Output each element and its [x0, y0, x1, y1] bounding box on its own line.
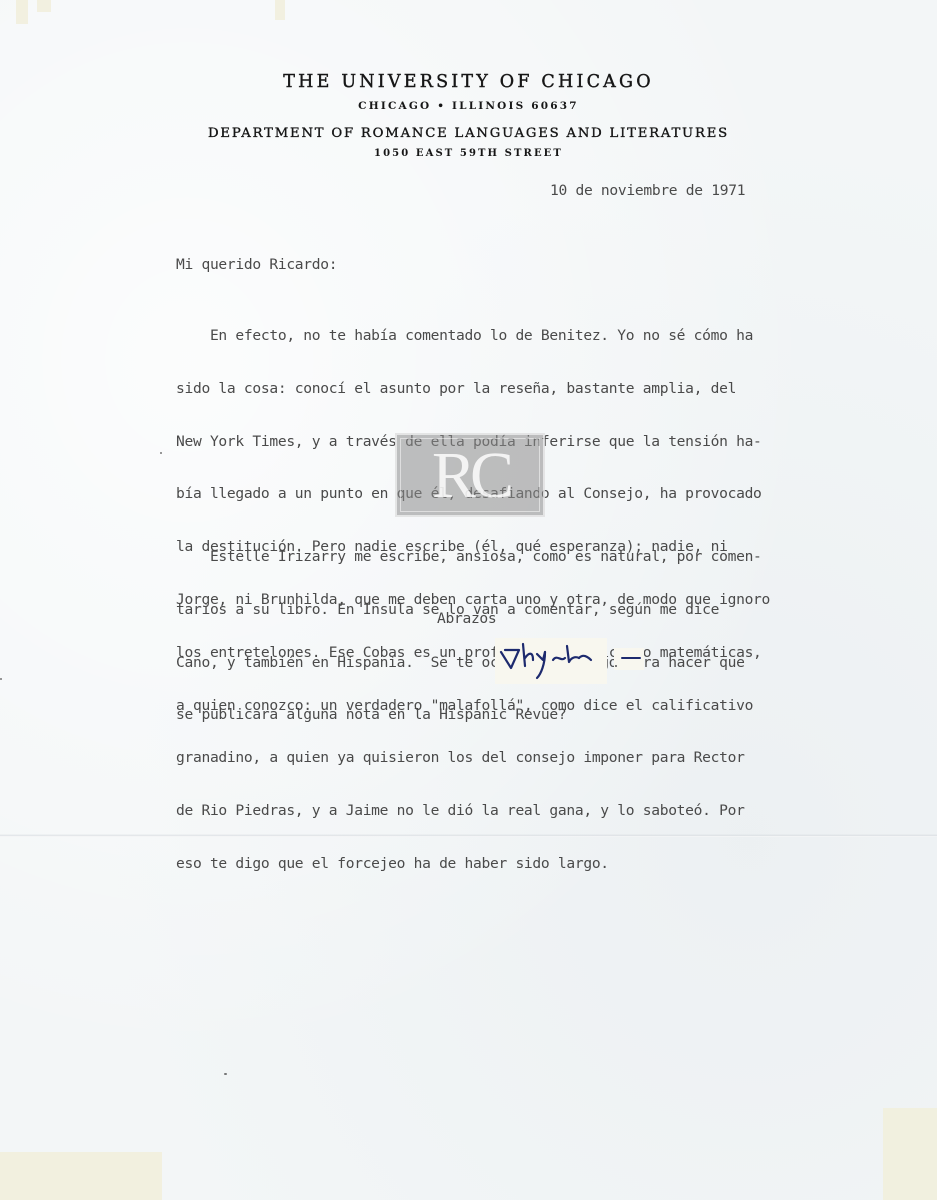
signature [495, 638, 607, 684]
body-line: de Rio Piedras, y a Jaime no le dió la r… [176, 802, 770, 821]
letter-date: 10 de noviembre de 1971 [550, 182, 745, 199]
letter-page: THE UNIVERSITY OF CHICAGO CHICAGO • ILLI… [0, 0, 937, 1200]
watermark-text: RC [397, 441, 543, 511]
body-line: eso te digo que el forcejeo ha de haber … [176, 855, 770, 874]
tape-mark-top [16, 0, 28, 24]
signature-dash [614, 648, 644, 670]
paper-speck [224, 1073, 227, 1075]
paper-speck [0, 678, 2, 680]
tape-mark-bottom-left [0, 1152, 162, 1200]
body-line: Estelle Irizarry me escribe, ansiosa, co… [176, 548, 762, 567]
letterhead-city: CHICAGO • ILLINOIS 60637 [0, 100, 937, 112]
letterhead-street: 1050 EAST 59TH STREET [0, 148, 937, 159]
watermark-logo: RC [395, 433, 545, 517]
body-line: En efecto, no te había comentado lo de B… [176, 327, 770, 346]
salutation: Mi querido Ricardo: [176, 256, 337, 273]
tape-mark-top [275, 0, 285, 20]
body-line: Cano, y también en Hispania. Se te ocurr… [176, 654, 762, 673]
paper-speck [160, 452, 162, 454]
body-line: sido la cosa: conocí el asunto por la re… [176, 380, 770, 399]
closing: Abrazos [437, 610, 496, 627]
letterhead-institution: THE UNIVERSITY OF CHICAGO [0, 72, 937, 92]
tape-mark-bottom-right [883, 1108, 937, 1200]
dash-mark-icon [614, 648, 644, 670]
body-line: se publicara alguna nota en la Hispanic … [176, 706, 762, 725]
letterhead-department: DEPARTMENT OF ROMANCE LANGUAGES AND LITE… [0, 126, 937, 141]
signature-scrawl-icon [495, 638, 607, 684]
tape-mark-top [37, 0, 51, 12]
body-paragraph-2: Estelle Irizarry me escribe, ansiosa, co… [176, 514, 762, 759]
